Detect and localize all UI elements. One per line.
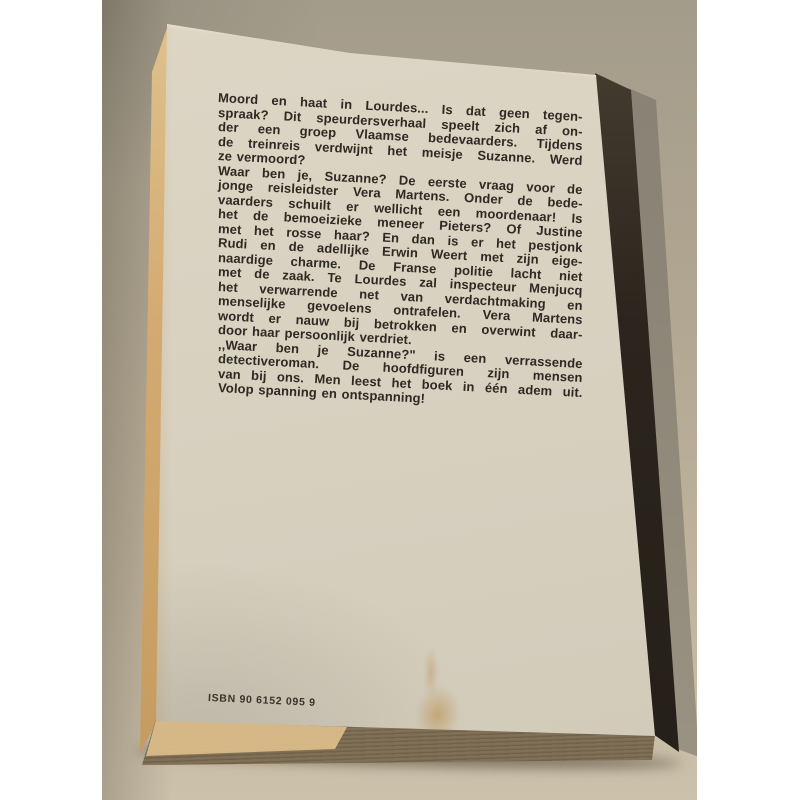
- photo: MoordenhaatinLourdes...Isdatgeentegen-sp…: [102, 0, 697, 800]
- blurb-text: MoordenhaatinLourdes...Isdatgeentegen-sp…: [218, 91, 583, 396]
- cover-top-edge-highlight: [159, 19, 601, 79]
- photo-frame: MoordenhaatinLourdes...Isdatgeentegen-sp…: [0, 0, 800, 800]
- paperback-book: MoordenhaatinLourdes...Isdatgeentegen-sp…: [102, 0, 697, 800]
